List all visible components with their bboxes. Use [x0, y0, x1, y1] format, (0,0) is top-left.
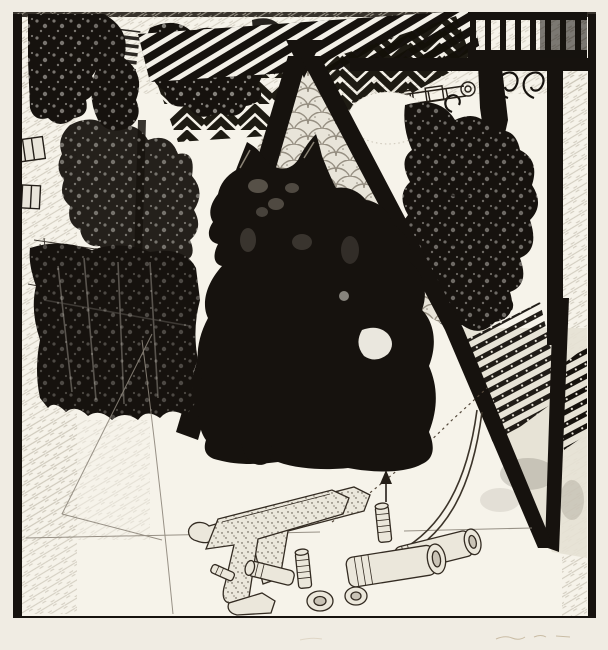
frame-left-bar [13, 14, 22, 626]
iron-railing [468, 12, 587, 62]
cat-white-spot [339, 291, 349, 301]
artwork-print [0, 0, 608, 650]
lithograph-image [0, 0, 608, 650]
frame-right-bar [588, 14, 597, 627]
